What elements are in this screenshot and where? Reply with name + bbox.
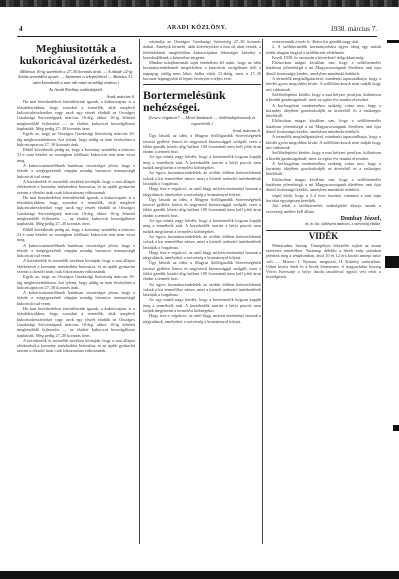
scan-top-edge [0, 0, 399, 7]
paragraph: Elsősorban magas kiválóan van, hogy a sz… [266, 177, 381, 193]
paragraph: Elsősorban magas kiválóan van, hogy a sz… [266, 60, 381, 76]
paragraph: Egyik az, hogy az Országos Gazdasági Szö… [17, 131, 135, 147]
column-1: Meghiusitották a kukoricával üzérkedést.… [17, 39, 135, 544]
scan-bottom-edge [0, 571, 399, 579]
paragraph: A kereskedők és termelők nevében kívánjá… [17, 258, 135, 274]
paragraph: Elsősorban magas kiválóan van, hogy a sz… [266, 118, 381, 134]
paragraph: A kukoricatermelőknek hatalmas veszteség… [17, 243, 135, 259]
paragraph: A borforgalom rendezéséhez szükség volna… [266, 103, 381, 119]
header-rule [17, 36, 377, 37]
scan-edge-mark [385, 256, 399, 268]
paragraph: Úgy látszik az idén, a Magyar Szőlőgazdá… [143, 197, 261, 218]
column-3: visszavonták a nyár ít, illetve kis gazd… [262, 39, 381, 544]
paragraph: A borforgalom rendezéséhez szükség volna… [266, 161, 381, 177]
paragraph: Ha mai kereskedelmi értesüléseink igazak… [17, 306, 135, 338]
newspaper-page: 4 ARADI KÖZLÖNY. 1938. március 7. Meghiu… [17, 25, 377, 550]
column-2: vásárolja az Országos Gazdasági Szövetsé… [139, 39, 261, 544]
scan-edge-mark [387, 40, 399, 43]
paragraph: Az egyes kormányrendeletek az utóbbi idő… [143, 234, 261, 250]
article-subtitle: (Március 16-ig szerelnek a 27–30 koronás… [17, 69, 135, 85]
paragraph: Máriaradna, Szentp. Ünnepélyes lekezelés… [266, 243, 381, 280]
paragraph: A kereskedők és termelők nevében kívánjá… [17, 179, 135, 195]
paragraph: Az egyes kormányrendeletek az utóbbi idő… [143, 282, 261, 298]
paragraph: vásárolja az Országos Gazdasági Szövetsé… [143, 39, 261, 60]
paragraph: 2. A szőlőtermelők kormányzására egyes i… [266, 44, 381, 55]
article-source: Az Aradi Közlöny tudósítójától. [17, 87, 135, 92]
paragraph: A kereskedők és termelők nevében kívánjá… [17, 338, 135, 354]
paragraph: végül kérik, hogy a 3–4 éves borokat, va… [266, 193, 381, 204]
issue-date: 1938. március 7. [330, 25, 377, 33]
article-divider [143, 84, 261, 85]
paragraph: Minden tulajdonosnak saját érdekében áll… [143, 60, 261, 81]
paragraph: Hogy lesz-e végakció, az attól függ, mil… [143, 313, 261, 324]
paragraph: A kukoricatermelőknek hatalmas veszteség… [17, 290, 135, 306]
article-title: Bortermelésünk nehézségei. [143, 89, 261, 113]
paragraph: Úgy látszik az idén, a Magyar Szőlőgazdá… [143, 260, 261, 281]
paragraph: Úgy látszik az idén, a Magyar Szőlőgazdá… [143, 133, 261, 154]
paragraph: Szőlőtelepítési kérdés, hogy a mai helyz… [266, 92, 381, 103]
article-subtitle: (Lesz-e végakció? — Mivel küzdenek. — Sz… [143, 115, 261, 126]
paragraph: Az egy másik nagy kérdés, hogy a borterm… [143, 297, 261, 313]
paragraph: A termelők meghallgatásával, mindenki ta… [266, 134, 381, 150]
paragraph: Az egy másik nagy kérdés, hogy a borterm… [143, 154, 261, 170]
paragraph: Hogy lesz-e végakció, az attól függ, mil… [143, 250, 261, 261]
paragraph: Ebből következik pedig az, hogy a kormán… [17, 227, 135, 243]
paragraph: Az egy másik nagy kérdés, hogy a borterm… [143, 218, 261, 234]
paragraph: Ha mai kereskedelmi értesüléseink igazak… [17, 99, 135, 131]
paragraph: Ebből következik pedig az, hogy a kormán… [17, 147, 135, 163]
paragraph: Ha mai kereskedelmi értesüléseink igazak… [17, 195, 135, 227]
signature-title: ny. ár. kir. szőlészeti tanácsos, a szöv… [266, 222, 381, 227]
paragraph: Aki tehát a szőlőtermelés szükségletét a… [266, 203, 381, 214]
scan-edge-mark [393, 425, 399, 431]
paragraph: A termelők meghallgatásával, mindenki ta… [266, 76, 381, 92]
paragraph: Hogy lesz-e végakció, az attól függ, mil… [143, 186, 261, 197]
paragraph: Az egyes kormányrendeletek az utóbbi idő… [143, 170, 261, 186]
paragraph: Szőlőtelepítési kérdés, hogy a mai helyz… [266, 150, 381, 161]
article-title: Meghiusitották a kukoricával üzérkedést. [17, 43, 135, 67]
paragraph: A kukoricatermelőknek hatalmas veszteség… [17, 163, 135, 179]
masthead: ARADI KÖZLÖNY. [17, 25, 377, 31]
section-heading: VIDÉK [266, 234, 381, 239]
paragraph: Egyik az, hogy az Országos Gazdasági Szö… [17, 274, 135, 290]
